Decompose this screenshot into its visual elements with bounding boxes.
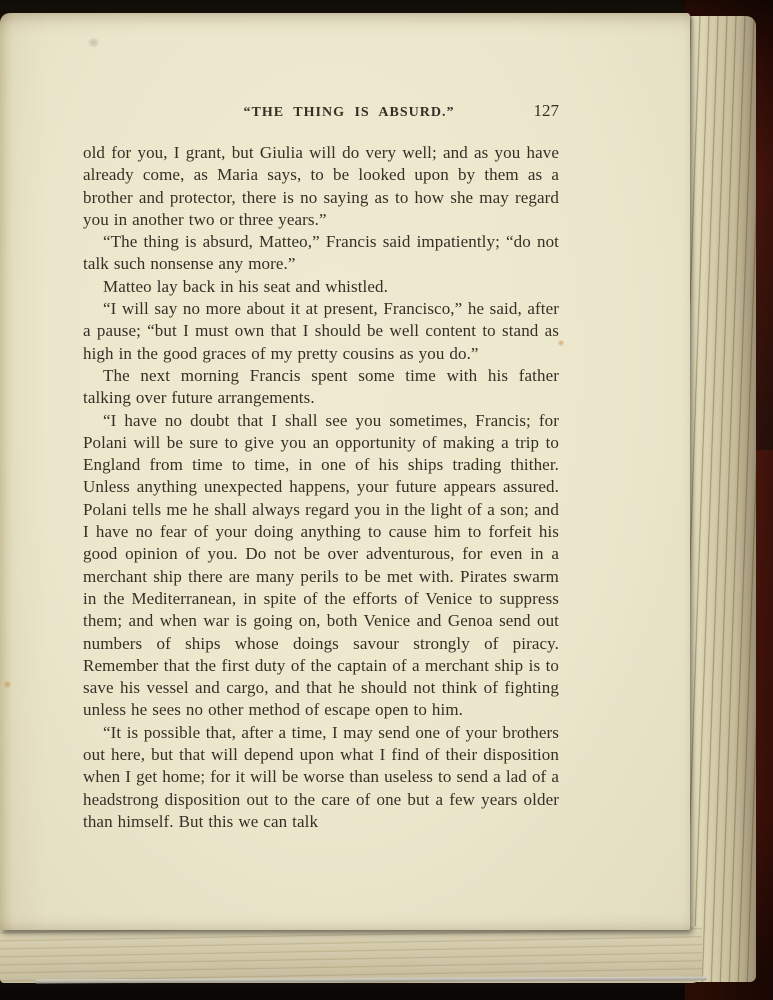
running-title: “THE THING IS ABSURD.” xyxy=(243,105,454,121)
paragraph: Matteo lay back in his seat and whistled… xyxy=(83,276,559,298)
page-edges-right xyxy=(686,16,756,982)
page-edges-bottom xyxy=(0,926,702,983)
paragraph: “I will say no more about it at present,… xyxy=(83,298,559,365)
foxing-spot xyxy=(4,681,11,688)
paragraph: old for you, I grant, but Giulia will do… xyxy=(83,142,559,231)
paragraphs: old for you, I grant, but Giulia will do… xyxy=(83,142,559,833)
paragraph: “I have no doubt that I shall see you so… xyxy=(83,410,559,722)
photo-background: “THE THING IS ABSURD.” 127 old for you, … xyxy=(0,0,773,1000)
book-page: “THE THING IS ABSURD.” 127 old for you, … xyxy=(0,13,690,930)
foxing-spot xyxy=(88,38,99,47)
page-number: 127 xyxy=(534,101,560,121)
paragraph: “It is possible that, after a time, I ma… xyxy=(83,722,559,833)
page-content: “THE THING IS ABSURD.” 127 old for you, … xyxy=(0,13,559,833)
paragraph: “The thing is absurd, Matteo,” Francis s… xyxy=(83,231,559,276)
paragraph: The next morning Francis spent some time… xyxy=(83,365,559,410)
page-header: “THE THING IS ABSURD.” 127 xyxy=(83,103,559,123)
foxing-spot xyxy=(558,340,564,346)
